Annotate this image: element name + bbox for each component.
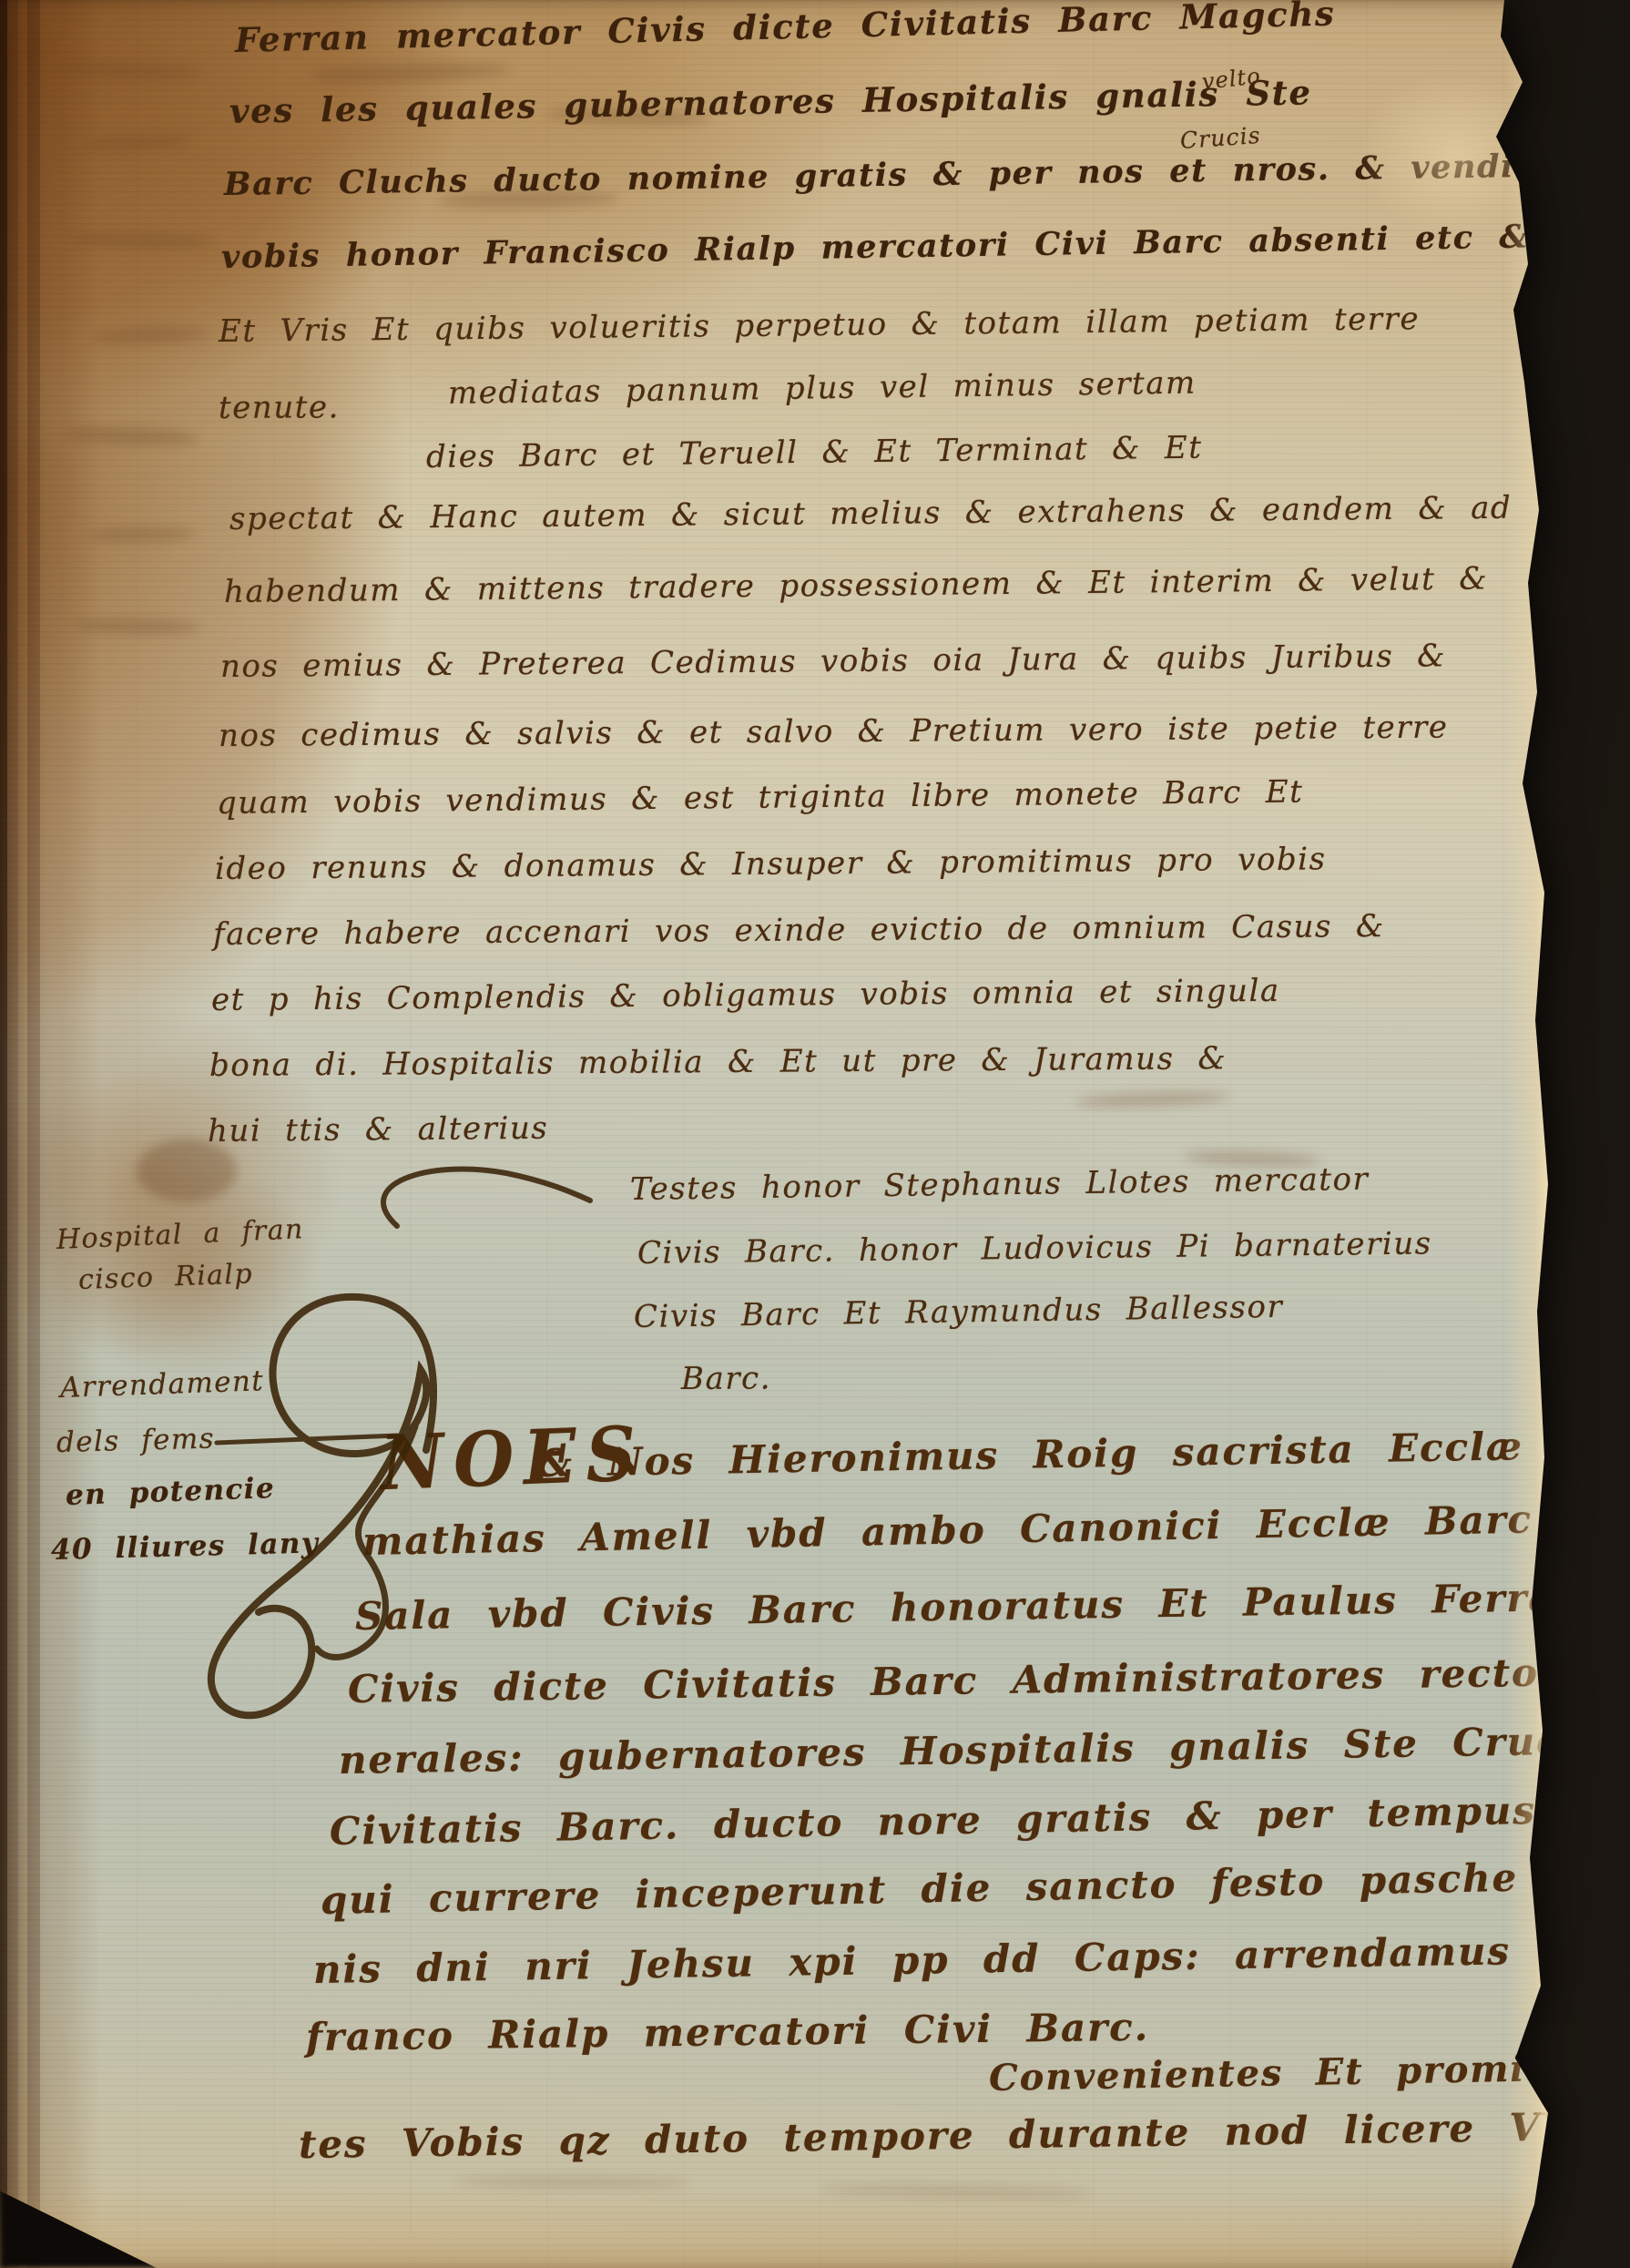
- handwritten-text-layer: Ferran mercator Civis dicte Civitatis Ba…: [0, 0, 1559, 2268]
- entry2-line: qui currere inceperunt die sancto festo …: [321, 1850, 1630, 1923]
- entry2-line: tes Vobis qz duto tempore durante nod li…: [299, 2104, 1602, 2167]
- entry1-line: ideo renuns & donamus & Insuper & promit…: [215, 841, 1327, 887]
- entry1-line: hui ttis & alterius: [208, 1110, 549, 1149]
- entry2-line: mathias Amell vbd ambo Canonici Ecclæ Ba…: [362, 1492, 1630, 1564]
- entry1-line: mediatas pannum plus vel minus sertam: [448, 365, 1197, 412]
- entry1-line: Barc Cluchs ducto nomine gratis & per no…: [224, 147, 1594, 203]
- margin-note-line: Hospital a fran: [56, 1213, 304, 1256]
- entry1-line: tenute.: [219, 389, 340, 426]
- entry1-line: ves les quales gubernatores Hospitalis g…: [229, 72, 1312, 131]
- entry2-line: Civitatis Barc. ducto nore gratis & per …: [330, 1783, 1630, 1854]
- entry1-line: Ferran mercator Civis dicte Civitatis Ba…: [234, 0, 1335, 60]
- entry1-line: Barc.: [681, 1360, 771, 1397]
- margin-note-line: cisco Rialp: [77, 1258, 253, 1296]
- entry1-line: et p his Complendis & obligamus vobis om…: [211, 973, 1280, 1018]
- entry2-line: nis dni nri Jehsu xpi pp dd Caps: arrend…: [313, 1924, 1630, 1992]
- entry1-line: Civis Barc Et Raymundus Ballessor: [634, 1289, 1284, 1335]
- entry2-line: Sala vbd Civis Barc honoratus Et Paulus …: [355, 1571, 1630, 1639]
- margin-note-line: dels fems: [56, 1422, 216, 1459]
- entry1-line: dies Barc et Teruell & Et Terminat & Et: [426, 430, 1203, 475]
- entry2-line: franco Rialp mercatori Civi Barc.: [306, 2005, 1150, 2059]
- entry1-line: Civis Barc. honor Ludovicus Pi barnateri…: [637, 1225, 1432, 1272]
- entry1-line: nos emius & Preterea Cedimus vobis oia J…: [220, 638, 1446, 685]
- entry1-line: Testes honor Stephanus Llotes mercator: [630, 1161, 1370, 1208]
- margin-note-line: 40 lliures lany: [51, 1527, 320, 1567]
- entry1-line: vobis honor Francisco Rialp mercatori Ci…: [221, 218, 1530, 276]
- entry1-line: facere habere accenari vos exinde evicti…: [213, 908, 1385, 953]
- entry2-line: nerales: gubernatores Hospitalis gnalis …: [339, 1714, 1630, 1783]
- entry2-line: & Nos Hieronimus Roig sacrista Ecclæ Bar…: [537, 1421, 1630, 1486]
- page-wrap: Ferran mercator Civis dicte Civitatis Ba…: [0, 0, 1630, 2268]
- entry1-line: bona di. Hospitalis mobilia & Et ut pre …: [209, 1040, 1228, 1084]
- manuscript-photo: Ferran mercator Civis dicte Civitatis Ba…: [0, 0, 1630, 2268]
- margin-note-line: en potencie: [65, 1472, 275, 1512]
- entry2-line: Civis dicte Civitatis Barc Administrator…: [348, 1647, 1630, 1711]
- entry1-line: spectat & Hanc autem & sicut melius & ex…: [229, 490, 1513, 537]
- superscript-word: Crucis: [1179, 122, 1262, 154]
- entry1-line: nos cedimus & salvis & et salvo & Pretiu…: [219, 710, 1449, 754]
- margin-note-line: Arrendament: [59, 1364, 264, 1405]
- entry2-line: Convenientes Et promitten: [989, 2046, 1616, 2099]
- entry1-line: Et Vris Et quibs volueritis perpetuo & t…: [219, 301, 1420, 350]
- manuscript-page: Ferran mercator Civis dicte Civitatis Ba…: [0, 0, 1559, 2268]
- entry1-line: habendum & mittens tradere possessionem …: [224, 560, 1488, 610]
- entry1-line: quam vobis vendimus & est triginta libre…: [217, 774, 1304, 822]
